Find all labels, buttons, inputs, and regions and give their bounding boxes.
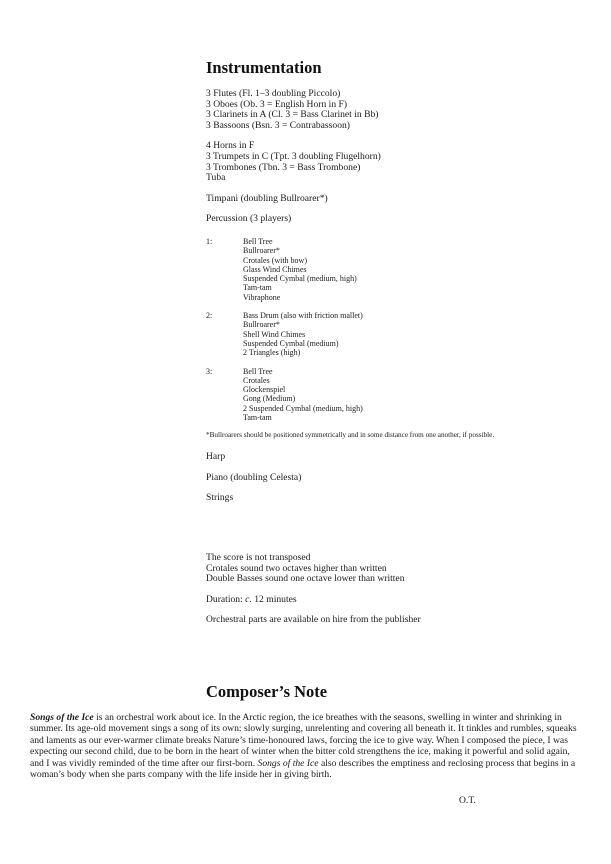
composer-signature: O.T. — [459, 795, 476, 806]
percussion-item: Bullroarer* — [243, 320, 586, 329]
percussion-item: Tam-tam — [243, 413, 586, 422]
composers-note-heading: Composer’s Note — [206, 682, 327, 702]
percussion-item: Suspended Cymbal (medium, high) — [243, 274, 586, 283]
player-number: 2: — [206, 311, 212, 320]
percussion-players: 1: Bell Tree Bullroarer* Crotales (with … — [206, 237, 586, 422]
player-number: 3: — [206, 367, 212, 376]
timpani-line: Timpani (doubling Bullroarer*) — [206, 194, 586, 205]
percussion-item: 2 Suspended Cymbal (medium, high) — [243, 404, 586, 413]
player-number: 1: — [206, 237, 212, 246]
transposition-line: Double Basses sound one octave lower tha… — [206, 574, 586, 585]
duration-line: Duration: c. 12 minutes — [206, 595, 586, 606]
percussion-item: Crotales — [243, 376, 586, 385]
percussion-item: Glockenspiel — [243, 385, 586, 394]
percussion-item: Tam-tam — [243, 283, 586, 292]
percussion-item: Shell Wind Chimes — [243, 330, 586, 339]
strings-line: Strings — [206, 493, 586, 504]
percussion-item: Bass Drum (also with friction mallet) — [243, 311, 586, 320]
percussion-player-3: 3: Bell Tree Crotales Glockenspiel Gong … — [206, 367, 586, 423]
parts-note: Orchestral parts are available on hire f… — [206, 615, 586, 626]
bullroarer-footnote: *Bullroarers should be positioned symmet… — [206, 431, 586, 439]
percussion-item: Crotales (with bow) — [243, 256, 586, 265]
duration-prefix: Duration: — [206, 594, 245, 605]
percussion-item: Bell Tree — [243, 237, 586, 246]
instrumentation-section: Instrumentation 3 Flutes (Fl. 1–3 doubli… — [206, 58, 586, 626]
brass-line: Tuba — [206, 173, 586, 184]
woodwind-line: 3 Flutes (Fl. 1–3 doubling Piccolo) — [206, 89, 586, 100]
composers-note-paragraph: Songs of the Ice is an orchestral work a… — [30, 712, 585, 780]
instrumentation-heading: Instrumentation — [206, 58, 586, 78]
brass-line: 3 Trombones (Tbn. 3 = Bass Trombone) — [206, 163, 586, 174]
percussion-item: Bullroarer* — [243, 246, 586, 255]
duration-value: 12 minutes — [252, 594, 297, 605]
percussion-player-2: 2: Bass Drum (also with friction mallet)… — [206, 311, 586, 357]
piano-line: Piano (doubling Celesta) — [206, 473, 586, 484]
duration-circa: c. — [245, 594, 252, 605]
work-title: Songs of the Ice — [30, 712, 94, 723]
percussion-player-1: 1: Bell Tree Bullroarer* Crotales (with … — [206, 237, 586, 302]
percussion-heading: Percussion (3 players) — [206, 214, 586, 225]
percussion-item: 2 Triangles (high) — [243, 348, 586, 357]
brass-list: 4 Horns in F 3 Trumpets in C (Tpt. 3 dou… — [206, 141, 586, 183]
percussion-item: Vibraphone — [243, 293, 586, 302]
woodwinds-list: 3 Flutes (Fl. 1–3 doubling Piccolo) 3 Ob… — [206, 89, 586, 131]
work-title-2: Songs of the Ice — [258, 758, 319, 769]
harp-line: Harp — [206, 452, 586, 463]
percussion-item: Bell Tree — [243, 367, 586, 376]
percussion-item: Glass Wind Chimes — [243, 265, 586, 274]
percussion-item: Gong (Medium) — [243, 394, 586, 403]
percussion-item: Suspended Cymbal (medium) — [243, 339, 586, 348]
transposition-notes: The score is not transposed Crotales sou… — [206, 553, 586, 585]
brass-line: 3 Trumpets in C (Tpt. 3 doubling Flugelh… — [206, 152, 586, 163]
woodwind-line: 3 Bassoons (Bsn. 3 = Contrabassoon) — [206, 121, 586, 132]
